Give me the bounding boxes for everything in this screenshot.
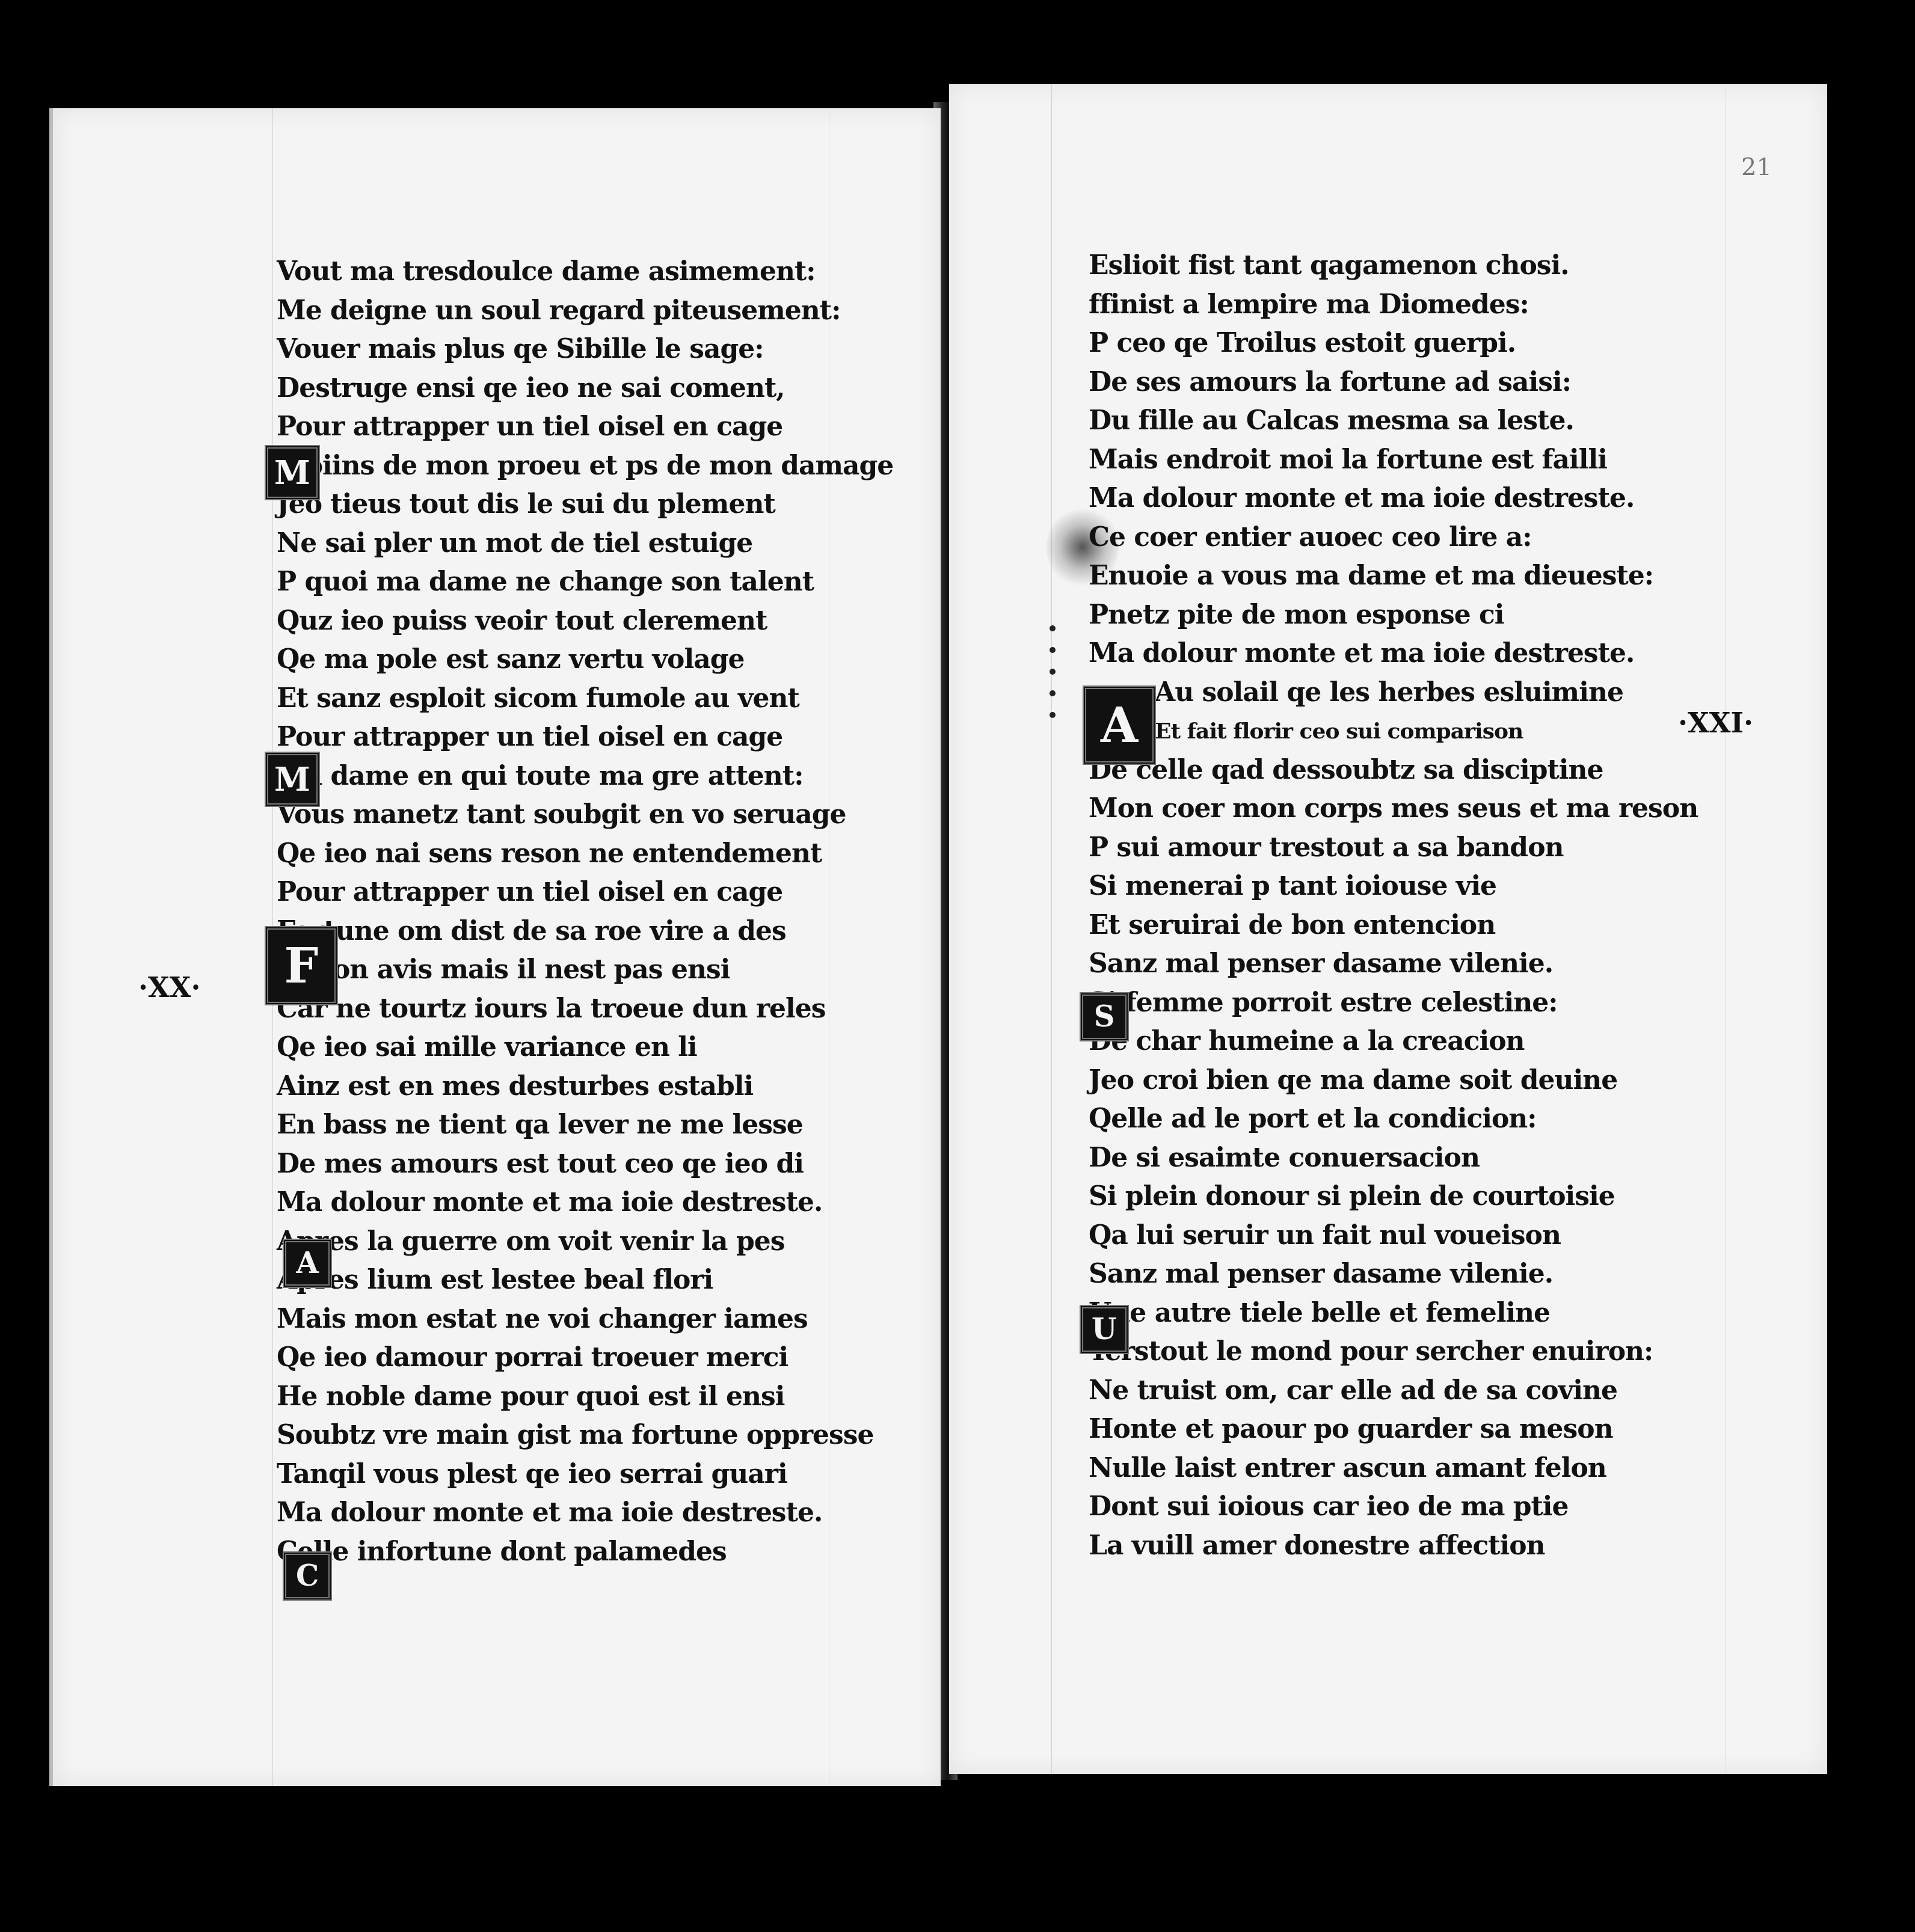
verse-line: Moiins de mon proeu et ps de mon damage: [277, 447, 893, 486]
verse-line: Soubtz vre main gist ma fortune oppresse: [277, 1416, 893, 1455]
verse-line: Fortune om dist de sa roe vire a des: [277, 912, 893, 951]
verse-line: Pnetz pite de mon esponse ci: [1089, 596, 1698, 635]
verse-line: Quz ieo puiss veoir tout clerement: [277, 602, 893, 641]
verse-line: Ne truist om, car elle ad de sa covine: [1089, 1372, 1698, 1411]
verse-line: Qe ma pole est sanz vertu volage: [277, 640, 893, 679]
verse-line: Vout ma tresdoulce dame asimement:: [277, 253, 893, 292]
decorated-initial: M: [265, 752, 320, 807]
sewing-holes: [1050, 625, 1057, 734]
verse-line: Sanz mal penser dasame vilenie.: [1089, 945, 1698, 984]
verse-line: De celle qad dessoubtz sa disciptine: [1089, 751, 1698, 790]
verse-line: Terstout le mond pour sercher enuiron:: [1089, 1332, 1698, 1372]
verse-line: Mais mon estat ne voi changer iames: [277, 1300, 893, 1339]
verse-line: De mes amours est tout ceo qe ieo di: [277, 1145, 893, 1184]
verse-line: De char humeine a la creacion: [1089, 1022, 1698, 1061]
verse-line: Qe ieo sai mille variance en li: [277, 1028, 893, 1067]
verse-line: Si plein donour si plein de courtoisie: [1089, 1177, 1698, 1216]
verse-line: Jeo croi bien qe ma dame soit deuine: [1089, 1061, 1698, 1100]
verse-line: De ses amours la fortune ad saisi:: [1089, 363, 1698, 402]
verse-line: Pour attrapper un tiel oisel en cage: [277, 873, 893, 912]
verse-line: Dont sui ioious car ieo de ma ptie: [1089, 1488, 1698, 1527]
verse-line: Nulle laist entrer ascun amant felon: [1089, 1449, 1698, 1488]
verse-line: Qa lui seruir un fait nul voueison: [1089, 1216, 1698, 1256]
right-text-block: Eslioit fist tant qagamenon chosi. ffini…: [1089, 247, 1698, 1565]
verse-line: Au solail qe les herbes esluimine: [1089, 673, 1698, 713]
verse-line: Du fille au Calcas mesma sa leste.: [1089, 402, 1698, 441]
verse-line: Enuoie a vous ma dame et ma dieueste:: [1089, 557, 1698, 596]
verse-line: Honte et paour po guarder sa meson: [1089, 1410, 1698, 1449]
verse-line: Et seruirai de bon entencion: [1089, 906, 1698, 945]
verse-line: Me deigne un soul regard piteusement:: [277, 292, 893, 331]
verse-line: Eslioit fist tant qagamenon chosi.: [1089, 247, 1698, 286]
verse-line: Apres lium est lestee beal flori: [277, 1261, 893, 1300]
verse-line: Sanz mal penser dasame vilenie.: [1089, 1255, 1698, 1294]
verse-line: De si esaimte conuersacion: [1089, 1139, 1698, 1178]
verse-line: Une autre tiele belle et femeline: [1089, 1294, 1698, 1333]
verse-line: P quoi ma dame ne change son talent: [277, 563, 893, 602]
decorated-initial: U: [1080, 1305, 1129, 1354]
verse-line: P ceo qe Troilus estoit guerpi.: [1089, 324, 1698, 363]
verse-line: Ma dame en qui toute ma gre attent:: [277, 757, 893, 796]
verse-line: Ainz est en mes desturbes establi: [277, 1067, 893, 1106]
verse-line: Mais endroit moi la fortune est failli: [1089, 441, 1698, 480]
verse-line: Pour attrapper un tiel oisel en cage: [277, 408, 893, 447]
verse-line: P sui amour trestout a sa bandon: [1089, 829, 1698, 868]
verse-line: He noble dame pour quoi est il ensi: [277, 1378, 893, 1417]
decorated-initial: F: [265, 926, 338, 1005]
decorated-initial: S: [1080, 992, 1129, 1041]
verse-line: Ne sai pler un mot de tiel estuige: [277, 524, 893, 563]
left-text-block: Vout ma tresdoulce dame asimement: Me de…: [277, 253, 893, 1571]
verse-line: Ma dolour monte et ma ioie destreste.: [277, 1183, 893, 1222]
verse-line: Vouer mais plus qe Sibille le sage:: [277, 330, 893, 369]
decorated-initial: M: [265, 445, 320, 500]
verse-line: Ma dolour monte et ma ioie destreste.: [1089, 479, 1698, 518]
verse-line: A mon avis mais il nest pas ensi: [277, 951, 893, 990]
verse-line: Ma dolour monte et ma ioie destreste.: [277, 1494, 893, 1533]
decorated-initial: A: [1083, 685, 1156, 765]
verse-line: Ce coer entier auoec ceo lire a:: [1089, 518, 1698, 557]
verse-line: Destruge ensi qe ieo ne sai coment,: [277, 369, 893, 408]
ruling-line: [1051, 84, 1052, 1774]
verse-line: Qelle ad le port et la condicion:: [1089, 1100, 1698, 1139]
verse-line: Vous manetz tant soubgit en vo seruage: [277, 796, 893, 835]
ballade-numeral-left: ·XX·: [138, 971, 200, 1004]
verse-line: Et sanz esploit sicom fumole au vent: [277, 679, 893, 719]
verse-line: Car ne tourtz iours la troeue dun reles: [277, 990, 893, 1029]
verse-line: Qe ieo damour porrai troeuer merci: [277, 1339, 893, 1378]
verse-line: Apres la guerre om voit venir la pes: [277, 1222, 893, 1262]
verse-line: Si femme porroit estre celestine:: [1089, 984, 1698, 1023]
verse-line: Jeo tieus tout dis le sui du plement: [277, 485, 893, 524]
verse-line: La vuill amer donestre affection: [1089, 1527, 1698, 1566]
verse-line: Qe ieo nai sens reson ne entendement: [277, 835, 893, 874]
verse-line: En bass ne tient qa lever ne me lesse: [277, 1106, 893, 1145]
verse-line: ffinist a lempire ma Diomedes:: [1089, 286, 1698, 325]
verse-line: Tanqil vous plest qe ieo serrai guari: [277, 1455, 893, 1494]
ruling-line: [1725, 84, 1726, 1774]
decorated-initial: C: [283, 1551, 332, 1601]
verse-line: Pour attrapper un tiel oisel en cage: [277, 718, 893, 757]
verse-line: Ma dolour monte et ma ioie destreste.: [1089, 634, 1698, 673]
decorated-initial: A: [283, 1239, 332, 1288]
folio-number: 21: [1741, 153, 1772, 181]
verse-line: Celle infortune dont palamedes: [277, 1533, 893, 1572]
verse-line: Si menerai p tant ioiouse vie: [1089, 867, 1698, 906]
verse-line: Et fait florir ceo sui comparison: [1089, 712, 1698, 751]
verse-line: Mon coer mon corps mes seus et ma reson: [1089, 790, 1698, 829]
